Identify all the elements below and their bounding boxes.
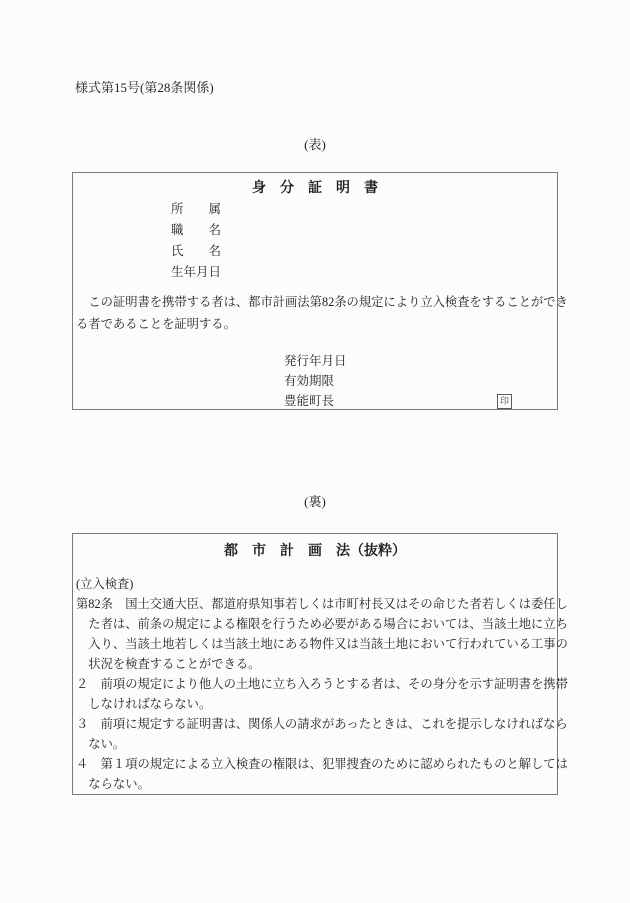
form-number-label: 様式第15号(第28条関係) bbox=[75, 80, 630, 96]
statement-line: る者であることを証明する。 bbox=[76, 313, 557, 335]
law-excerpt-card: 都 市 計 画 法（抜粋） (立入検査) 第82条 国土交通大臣、都道府県知事若… bbox=[72, 533, 558, 795]
mayor-label: 豊能町長 bbox=[284, 391, 334, 411]
issue-date-label: 発行年月日 bbox=[284, 351, 557, 371]
field-affiliation: 所 属 bbox=[171, 199, 557, 220]
article-line: 入り、当該土地若しくは当該土地にある物件又は当該土地において行われている工事の bbox=[76, 634, 557, 654]
seal-mark: 印 bbox=[497, 394, 512, 409]
mayor-row: 豊能町長 印 bbox=[284, 391, 512, 411]
id-certificate-title: 身 分 証 明 書 bbox=[73, 179, 557, 199]
field-name: 氏 名 bbox=[171, 241, 557, 262]
document-page: 様式第15号(第28条関係) (表) 身 分 証 明 書 所 属 職 名 氏 名… bbox=[0, 0, 630, 903]
article-line: 第82条 国土交通大臣、都道府県知事若しくは市町村長又はその命じた者若しくは委任… bbox=[76, 594, 557, 614]
field-job-title: 職 名 bbox=[171, 220, 557, 241]
inspection-section-label: (立入検査) bbox=[76, 574, 557, 594]
article-line: ３ 前項に規定する証明書は、関係人の請求があったときは、これを提示しなければなら bbox=[76, 714, 557, 734]
front-side-label: (表) bbox=[0, 136, 630, 154]
field-birthdate: 生年月日 bbox=[171, 262, 557, 283]
article-text: 第82条 国土交通大臣、都道府県知事若しくは市町村長又はその命じた者若しくは委任… bbox=[73, 594, 557, 794]
article-line: ２ 前項の規定により他人の土地に立ち入ろうとする者は、その身分を示す証明書を携帯 bbox=[76, 674, 557, 694]
issue-block: 発行年月日 有効期限 豊能町長 印 bbox=[73, 351, 557, 411]
expiry-date-label: 有効期限 bbox=[284, 371, 557, 391]
law-excerpt-title: 都 市 計 画 法（抜粋） bbox=[73, 542, 557, 562]
article-line: しなければならない。 bbox=[76, 694, 557, 714]
id-certificate-card: 身 分 証 明 書 所 属 職 名 氏 名 生年月日 この証明書を携帯する者は、… bbox=[72, 172, 558, 410]
article-line: 状況を検査することができる。 bbox=[76, 654, 557, 674]
article-line: ならない。 bbox=[76, 774, 557, 794]
back-side-label: (裏) bbox=[0, 493, 630, 511]
article-line: ４ 第１項の規定による立入検査の権限は、犯罪捜査のために認められたものと解しては bbox=[76, 754, 557, 774]
statement-line: この証明書を携帯する者は、都市計画法第82条の規定により立入検査をすることができ bbox=[76, 291, 557, 313]
article-line: た者は、前条の規定による権限を行うため必要がある場合においては、当該土地に立ち bbox=[76, 614, 557, 634]
article-line: ない。 bbox=[76, 734, 557, 754]
id-field-list: 所 属 職 名 氏 名 生年月日 bbox=[171, 199, 557, 283]
certificate-statement: この証明書を携帯する者は、都市計画法第82条の規定により立入検査をすることができ… bbox=[76, 291, 557, 335]
